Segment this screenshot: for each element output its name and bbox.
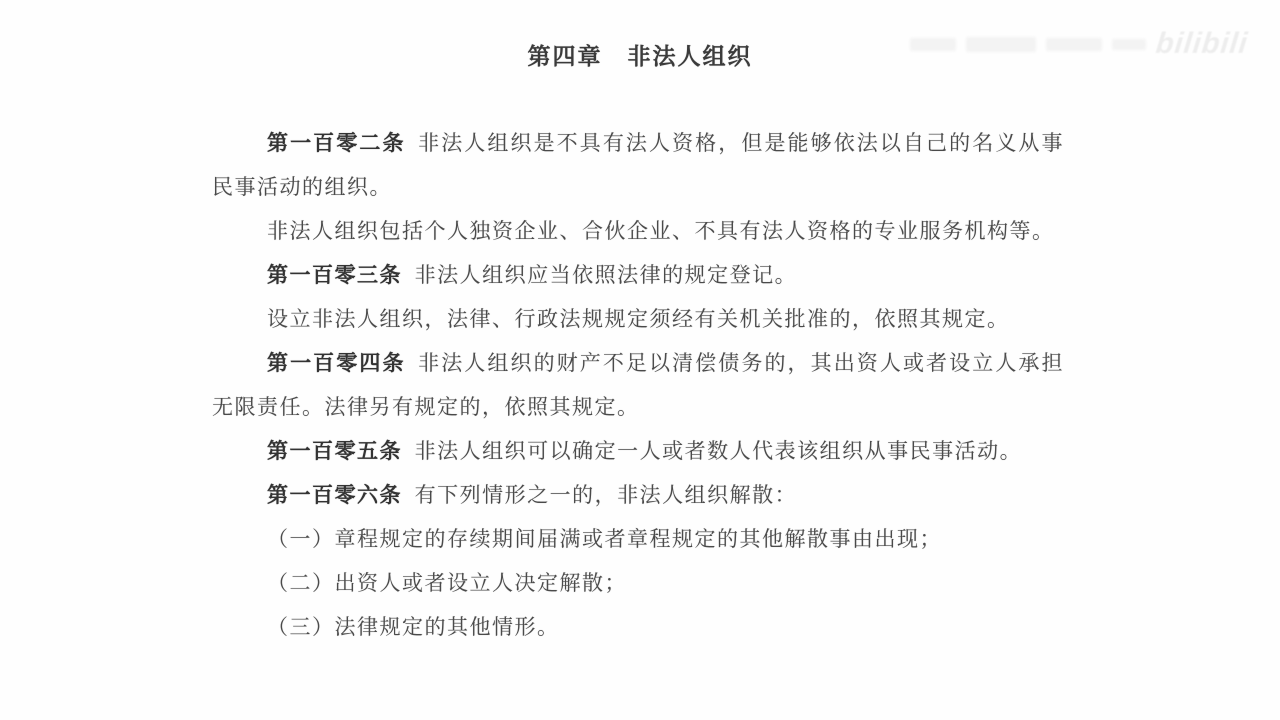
- document-page: bilibili 第四章 非法人组织 第一百零二条非法人组织是不具有法人资格，但…: [0, 0, 1280, 720]
- law-paragraph: （二）出资人或者设立人决定解散；: [212, 562, 1064, 606]
- law-paragraph: 第一百零二条非法人组织是不具有法人资格，但是能够依法以自己的名义从事民事活动的组…: [212, 122, 1064, 210]
- law-paragraph: （一）章程规定的存续期间届满或者章程规定的其他解散事由出现；: [212, 518, 1064, 562]
- article-text: 设立非法人组织，法律、行政法规规定须经有关机关批准的，依照其规定。: [267, 308, 1010, 331]
- law-paragraph: 第一百零六条有下列情形之一的，非法人组织解散：: [212, 474, 1064, 518]
- article-text: （三）法律规定的其他情形。: [267, 616, 560, 639]
- article-text: 有下列情形之一的，非法人组织解散：: [415, 484, 798, 507]
- article-text: 非法人组织可以确定一人或者数人代表该组织从事民事活动。: [415, 440, 1023, 463]
- article-number: 第一百零三条: [267, 264, 402, 287]
- article-text: （一）章程规定的存续期间届满或者章程规定的其他解散事由出现；: [267, 528, 942, 551]
- article-text: 非法人组织包括个人独资企业、合伙企业、不具有法人资格的专业服务机构等。: [267, 220, 1055, 243]
- law-paragraph: 第一百零三条非法人组织应当依照法律的规定登记。: [212, 254, 1064, 298]
- law-paragraph: 非法人组织包括个人独资企业、合伙企业、不具有法人资格的专业服务机构等。: [212, 210, 1064, 254]
- article-number: 第一百零六条: [267, 484, 402, 507]
- article-text: 非法人组织应当依照法律的规定登记。: [415, 264, 798, 287]
- law-paragraph: （三）法律规定的其他情形。: [212, 606, 1064, 650]
- chapter-title: 第四章 非法人组织: [0, 38, 1280, 71]
- article-text: （二）出资人或者设立人决定解散；: [267, 572, 627, 595]
- article-number: 第一百零二条: [267, 132, 406, 155]
- law-paragraph: 第一百零四条非法人组织的财产不足以清偿债务的，其出资人或者设立人承担无限责任。法…: [212, 342, 1064, 430]
- paragraph-list: 第一百零二条非法人组织是不具有法人资格，但是能够依法以自己的名义从事民事活动的组…: [212, 122, 1064, 650]
- law-paragraph: 第一百零五条非法人组织可以确定一人或者数人代表该组织从事民事活动。: [212, 430, 1064, 474]
- article-number: 第一百零四条: [267, 352, 406, 375]
- law-paragraph: 设立非法人组织，法律、行政法规规定须经有关机关批准的，依照其规定。: [212, 298, 1064, 342]
- article-number: 第一百零五条: [267, 440, 402, 463]
